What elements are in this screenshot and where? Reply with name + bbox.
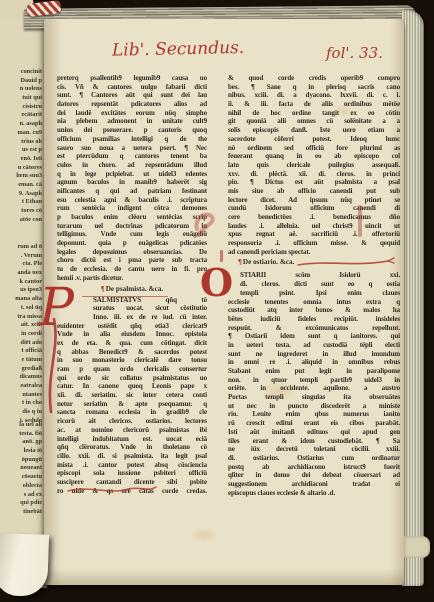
text-line: grediaß xyxy=(0,365,42,374)
text-line: ram p quam ordo clericalis consertur xyxy=(57,365,207,374)
column-left-paragraph-1: preterq psallentib9 legumib9 causa uocis… xyxy=(57,74,207,283)
text-line: intelligi indubitatum est. uocat eciä xyxy=(57,435,207,444)
facing-page-text-fragments-bottom: la uel alitesta. fiöanö. gplesia iööpung… xyxy=(0,421,42,517)
text-line: us ipsu3 xyxy=(0,286,42,295)
text-line: in ueteri testa. ad custodiä tëpli elect… xyxy=(228,341,400,350)
text-line: t. sol üq xyxy=(0,304,42,313)
text-line: Vnde in alia eiusdem Innoc. epistola xyxy=(57,330,207,339)
text-line: sauro suo noua a uetera psert. ¶ Nec xyxy=(57,144,207,153)
text-line: ricorü ait clericos. ostiarios. lectores xyxy=(57,417,207,426)
running-title: Lib'. Secundus. xyxy=(112,37,272,60)
text-line: in suo monasterio clericalë dare tonsu xyxy=(57,356,207,365)
column-right-paragraph-2-wrap: O STIARII scöm Isidorü xxi.di. cleros. d… xyxy=(228,271,400,497)
text-line: bes. ¶ Sane q in plerisq sacris cano xyxy=(228,83,400,92)
text-line: cere benedictöes .i. benedicamus dño xyxy=(228,213,400,222)
text-line: officium psamilias intelligi q de the xyxy=(57,135,207,144)
text-line: e tätum xyxy=(0,356,42,365)
text-line: eman. cä xyxy=(0,181,42,190)
text-line: suggestionem archidiaconi tradat ei xyxy=(228,480,400,489)
text-line: anö. gp xyxy=(0,438,42,447)
text-line: dicamus xyxy=(0,373,42,382)
text-line: Portas templi singulas ita obseruätes xyxy=(228,393,400,402)
text-line: t officiä xyxy=(0,347,42,356)
text-line: tu de ecclesia. de cantu uero in fi. pro xyxy=(57,265,207,274)
text-line: rum ad ö xyxy=(0,243,42,252)
text-line: unius dei pseuerare. p cantoris quoq xyxy=(57,126,207,135)
text-line: solis episcopis danß. Iste uero etiam a xyxy=(228,126,400,135)
text-line: xii. di. seriatim. sic inter cetera cont… xyxy=(57,391,207,400)
text-line: cundü Isidorum officium canendi di xyxy=(228,204,400,213)
text-line: cösuetu xyxy=(0,473,42,482)
bottom-right-page-edge xyxy=(404,536,430,558)
text-line: mis siue ab officio canendi put sub xyxy=(228,187,400,196)
text-line: di. ostiarius. Ostiarius cum ordinatur xyxy=(228,454,400,463)
text-line: episcopus claues ecclesie & altario .d. xyxy=(228,489,400,498)
text-line: netur seriatim & apte psequamur. q xyxy=(57,400,207,409)
text-line: noueant xyxy=(0,464,42,473)
text-line: concinit xyxy=(0,68,42,77)
text-line: laudes .i. alleluia. uel christ9 uincit … xyxy=(228,222,400,231)
section-heading-label: De ostiario. &ca. xyxy=(243,258,295,266)
text-line: öpungü xyxy=(0,456,42,465)
text-line: qñq clëroratus. Vnde in tholetano cö xyxy=(57,443,207,452)
text-line: ¶ Ostiarii idem sunt q ianitores. qui xyxy=(228,332,400,341)
text-line: enö. Isti xyxy=(0,155,42,164)
initial-p-tail-flourish xyxy=(44,317,64,422)
text-line: diët ado xyxy=(0,339,42,348)
text-line: ait. xcii. xyxy=(0,321,42,330)
book-photograph: concinitDauid pn uolenstuit quicisistrue… xyxy=(0,0,434,602)
text-line: n uolens xyxy=(0,85,42,94)
text-line: sancta romana ecclesia in gradib9 cle xyxy=(57,408,207,417)
text-line: ntantes xyxy=(0,391,42,400)
text-line: qui pdie xyxy=(0,499,42,508)
text-line: pio. ¶ Dictus est aüt psalmista a psal xyxy=(228,178,400,187)
text-line: s ad ex xyxy=(0,491,42,500)
fore-edge-page-stack xyxy=(402,10,424,586)
text-line: qliter in domo dei debeat cöuersari ad xyxy=(228,471,400,480)
text-line: postq ab archidiacono istruct9 fuerit xyxy=(228,463,400,472)
column-right-paragraph-1: & quod corde credis operib9 comprobes. ¶… xyxy=(228,74,400,256)
text-line: esu celestia agni & baculis .i. scriptur… xyxy=(57,196,207,205)
text-line: catur. In canone quoq Leonis pape x xyxy=(57,382,207,391)
text-line: responsoria .i. officium misse. & qequid xyxy=(228,239,400,248)
column-left-red-underline-flourish xyxy=(66,483,160,497)
text-line: nö ordinem sed officiü fore plurimi as xyxy=(228,144,400,153)
book-page: Lib'. Secundus. fol'. 33. preterq psalle… xyxy=(44,19,404,585)
text-line: cisistru xyxy=(0,103,42,112)
text-column-right: & quod corde credis operib9 comprobes. ¶… xyxy=(228,74,400,497)
text-line: hemii .v. partis dicetur. xyxy=(57,274,207,283)
text-line: nihil de hoc ordine tangit ex eo cötin xyxy=(228,109,400,118)
text-line: mista .i. cantor potest absq cösciencia xyxy=(57,461,207,470)
text-line: sacerdote cöferri potest. Ideoq hunc xyxy=(228,135,400,144)
text-line: est ptercüdum q cantores tenent ba xyxy=(57,152,207,161)
text-line: turarum uel doctrinas pdicatorum in xyxy=(57,222,207,231)
text-line: lectore dicet. Ad ipsum nüq ptinet se xyxy=(228,196,400,205)
pilcrow-icon: ¶ xyxy=(238,258,242,266)
text-line: nibus. xciii. di. a dyacono. lxxvii. di.… xyxy=(228,91,400,100)
text-line: tuit qui xyxy=(0,94,42,103)
text-line: q abbas Benedict9 & sacerdos potest xyxy=(57,348,207,357)
text-line: tra missa xyxy=(0,313,42,322)
text-line: n. asaph xyxy=(0,120,42,129)
text-line: ne iüx decretü toletani cöcilii. xxiii. xyxy=(228,445,400,454)
text-line: rü crescit editui erant eis cibos parabä… xyxy=(228,419,400,428)
text-line: suratus uocat. sicut cöstitutio xyxy=(93,304,207,313)
column-left-paragraph-2-wrap: P SALMISTATVS qñq tösuratus uocat. sicut… xyxy=(57,296,207,496)
text-line: hem suu3 xyxy=(0,172,42,181)
text-line: ut nec in puncto discederët a ministe xyxy=(228,402,400,411)
text-line: Stabant enim put legit in paralipome xyxy=(228,367,400,376)
text-line: ii. & iii. facta de aliis ordinibus mëtö… xyxy=(228,100,400,109)
text-line: k cantor xyxy=(0,278,42,287)
text-line: cilio. xxii. di. si psalmista. ita legit… xyxy=(57,452,207,461)
text-line: t in cho xyxy=(0,399,42,408)
text-line: feuerant quanq in eo ab episcopo col xyxy=(228,152,400,161)
text-line: telligimus. Vnde cum legis euägeliü xyxy=(57,230,207,239)
text-line: deponunt. quia p euägelicas pdicatöes xyxy=(57,239,207,248)
text-line: xxv. di. plëctä. xii. di. cleros. in pri… xyxy=(228,170,400,179)
text-line: Dauid p xyxy=(0,77,42,86)
text-line: STIARII scöm Isidorü xxi. xyxy=(240,271,400,280)
text-line: datores repsentät pdicatores alios ad xyxy=(57,100,207,109)
text-line: qui ordo sic collatus psalmistatus uo xyxy=(57,374,207,383)
text-line: templi psint. Ipsi enim claues xyxy=(240,289,400,298)
section-heading-de-psalmista: ¶De psalmista. &ca. xyxy=(57,285,207,294)
text-line: dei laudë excitätes eorum nüq simpho xyxy=(57,109,207,118)
text-line: cis. Vñ & cantores uulgo fabarii dicti xyxy=(57,83,207,92)
text-line: atöe con xyxy=(0,216,42,225)
text-line: testa. fiö xyxy=(0,430,42,439)
text-line: ecclesie tenentes omnia intus extra q xyxy=(228,298,400,307)
text-line: lesia iö xyxy=(0,447,42,456)
text-line: preterq psallentib9 legumib9 causa uo xyxy=(57,74,207,83)
text-line: mana alta xyxy=(0,295,42,304)
text-line: rum sentëcia indigent cötra demones xyxy=(57,204,207,213)
text-column-left: preterq psallentib9 legumib9 causa uocis… xyxy=(57,74,207,495)
text-line: dis q iu xyxy=(0,408,42,417)
text-line: ac. at nomine clericorü psalmistas ibi xyxy=(57,426,207,435)
text-line: in omni re .i. aliquid in omnibus rebus xyxy=(228,358,400,367)
text-line: bëtes iudiciü fideles recipiüt. insidele… xyxy=(228,315,400,324)
text-line: nificantes q qui ad patriam festinant xyxy=(57,187,207,196)
text-line: Isti aüt imitanß edituos qui apud gen xyxy=(228,428,400,437)
red-heading-tick xyxy=(220,250,223,262)
text-line: sunt ne ingrederet in illud imundum xyxy=(228,350,400,359)
rubricated-initial-o: O xyxy=(200,264,233,302)
text-line: episcopi sola iussione psbiteri officiü xyxy=(57,469,207,478)
text-line: tores cö xyxy=(0,207,42,216)
text-line: p baculos enim clëoru sentëcias scrip xyxy=(57,213,207,222)
folio-number: fol'. 33. xyxy=(326,44,383,62)
column-left-paragraph-2: SALMISTATVS qñq tösuratus uocat. sicut c… xyxy=(57,296,207,496)
text-line: tiles erant & idem custodiebät. ¶ Sa xyxy=(228,437,400,446)
text-line: us est p xyxy=(0,146,42,155)
text-line: nia plebem admonent in unitate cult9 xyxy=(57,117,207,126)
text-line: q in lege pcipiebat. ut uidel3 edentes xyxy=(57,170,207,179)
text-line: oriëte. in occidente. aquilone. a austro xyxy=(228,384,400,393)
text-line: t Ethan xyxy=(0,198,42,207)
text-line: eatralea xyxy=(0,382,42,391)
text-line: agnum baculos in manib9 haberët sig xyxy=(57,178,207,187)
section-heading-label: De psalmista. &ca. xyxy=(106,285,164,293)
text-line: di. cleros. dicti sunt eo q ostia xyxy=(240,280,400,289)
heading-flourish-line xyxy=(296,256,400,270)
column-right-paragraph-2: STIARII scöm Isidorü xxi.di. cleros. dic… xyxy=(228,271,400,497)
text-line: u cätores xyxy=(0,164,42,173)
red-margin-bracket xyxy=(358,205,362,237)
text-line: cta. Ple xyxy=(0,260,42,269)
text-line: ex de eta. & qua. cum cötingat. dicit xyxy=(57,339,207,348)
text-line: la uel ali xyxy=(0,421,42,430)
red-paraph-mark xyxy=(192,209,218,239)
text-line: ecätarit xyxy=(0,111,42,120)
text-line: & quod corde credis operib9 compro xyxy=(228,74,400,83)
text-line: culos in choro. ad repsentädum illud xyxy=(57,161,207,170)
text-line: Inno. iii. ex de re iud. cü inter. xyxy=(93,313,207,322)
text-line: legales deposuimus obseruancias. De xyxy=(57,248,207,257)
text-line: 9. Asaph xyxy=(0,190,42,199)
text-line: choro dictü est i pma parte sub tracta xyxy=(57,256,207,265)
text-line: git quoniä alii omnes cü solënitate a a xyxy=(228,117,400,126)
text-line: non. in qtuor templi partib9 uidel3 in xyxy=(228,376,400,385)
text-line: sunt. ¶ Cantores aüt qui sunt dei lau xyxy=(57,91,207,100)
facing-page-text-fragments-middle: rum ad ö. Verumcta. Pleanda uoxk cantoru… xyxy=(0,243,42,425)
text-line: in cordi xyxy=(0,330,42,339)
text-line: custodiüt atq inter bonos & malos ha xyxy=(228,306,400,315)
text-line: man. cu9 xyxy=(0,129,42,138)
text-line: tinebät xyxy=(0,508,42,517)
text-line: . Verum xyxy=(0,252,42,261)
initial-letter-slot: O xyxy=(228,271,240,297)
text-line: anda uox xyxy=(0,269,42,278)
text-line: trius ob xyxy=(0,138,42,147)
text-line: rio. Leuite enim qbus numerus ianito xyxy=(228,410,400,419)
text-line: xpus regnat aë. sacrificiü .i. offertori… xyxy=(228,230,400,239)
text-line: euidenter ostëdit qñq etia3 clericat9 xyxy=(57,322,207,331)
text-line: lato quis clericale puilegius assequaß. xyxy=(228,161,400,170)
pilcrow-icon: ¶ xyxy=(101,285,105,293)
text-line: oblecta xyxy=(0,482,42,491)
facing-page-text-fragments-top: concinitDauid pn uolenstuit quicisistrue… xyxy=(0,68,42,224)
text-line: respuüt. & excömunicatos repellunt. xyxy=(228,324,400,333)
